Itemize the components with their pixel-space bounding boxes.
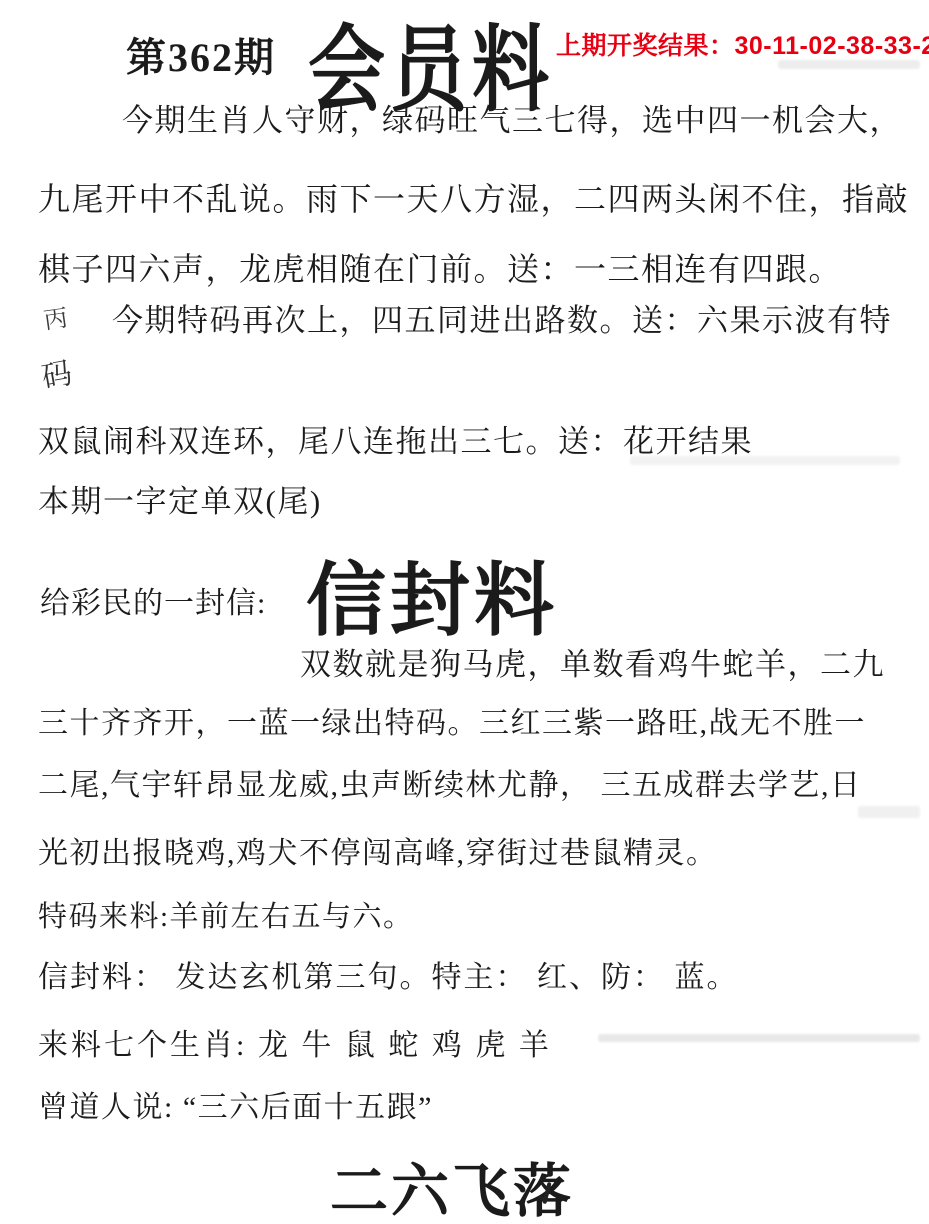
- letter-section-title: 信封料: [306, 536, 558, 651]
- letter-intro-label: 给彩民的一封信:: [40, 578, 266, 622]
- scrawl-mark-wrapped-char: 码: [39, 356, 76, 397]
- scan-smudge: [598, 1034, 920, 1042]
- document-page: 第362期 会员料 上期开奖结果：30-11-02-38-33-20+24 今期…: [0, 0, 929, 1224]
- letter-line-seven-zodiacs: 来料七个生肖: 龙 牛 鼠 蛇 鸡 虎 羊: [38, 1028, 552, 1064]
- bottom-slogan: 二六飞落: [330, 1144, 574, 1224]
- last-draw-result: 上期开奖结果：30-11-02-38-33-20+24: [556, 26, 929, 62]
- member-line-2: 九尾开中不乱说。雨下一天八方湿，二四两头闲不住，指敲: [38, 180, 909, 218]
- member-line-5: 双鼠闹科双连环，尾八连拖出三七。送：花开结果: [38, 423, 753, 460]
- member-line-1: 今期生肖人守财，绿码旺气三七得，选中四一机会大，: [122, 102, 902, 139]
- letter-line-special-source: 特码来料:羊前左右五与六。: [38, 900, 414, 935]
- scan-smudge: [778, 60, 920, 69]
- scan-smudge: [858, 806, 920, 818]
- scan-smudge: [630, 456, 900, 465]
- letter-line-3: 二尾,气宇轩昂显龙威,虫声断续林尤静， 三五成群去学艺,日: [38, 768, 862, 804]
- letter-line-4: 光初出报晓鸡,鸡犬不停闯高峰,穿街过巷鼠精灵。: [38, 836, 718, 872]
- issue-number: 第362期: [126, 26, 276, 83]
- scrawl-mark-lead: 丙: [42, 304, 71, 336]
- member-line-3: 棋子四六声，龙虎相随在门前。送：一三相连有四跟。: [38, 250, 842, 288]
- letter-line-master-quote: 曾道人说: “三六后面十五跟”: [38, 1090, 433, 1126]
- member-line-4: 今期特码再次上，四五同进出路数。送：六果示波有特: [112, 302, 892, 339]
- member-line-6: 本期一字定单双(尾): [38, 483, 322, 520]
- letter-line-envelope-tip: 信封料： 发达玄机第三句。特主： 红、防： 蓝。: [38, 960, 739, 996]
- letter-line-2: 三十齐齐开，一蓝一绿出特码。三红三紫一路旺,战无不胜一: [38, 706, 866, 742]
- letter-line-1: 双数就是狗马虎，单数看鸡牛蛇羊，二九: [300, 646, 885, 683]
